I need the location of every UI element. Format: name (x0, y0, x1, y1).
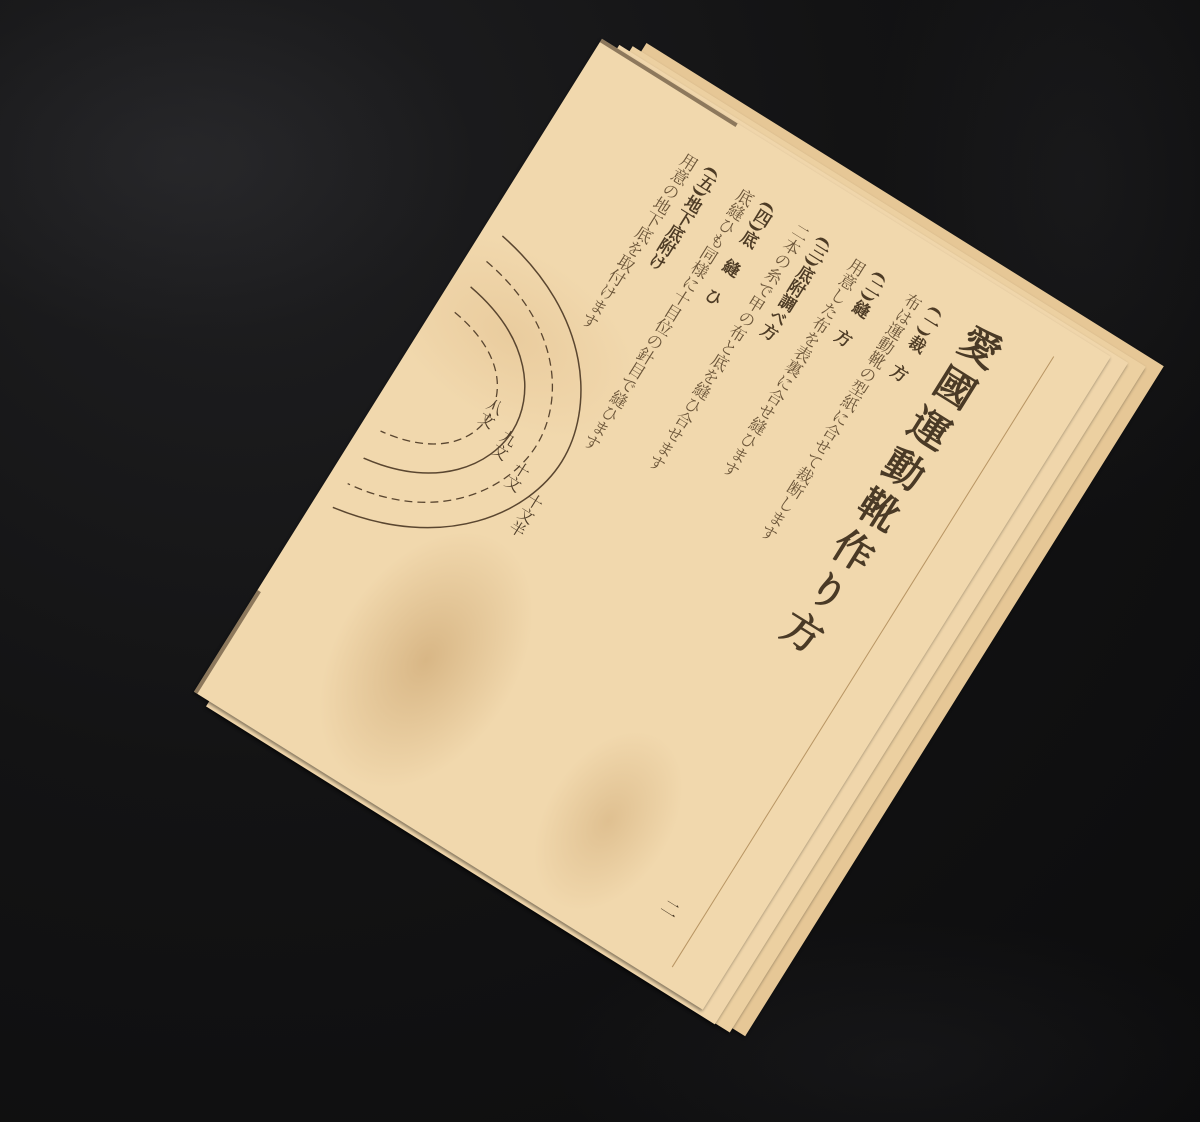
page-number: 二 (653, 893, 685, 922)
